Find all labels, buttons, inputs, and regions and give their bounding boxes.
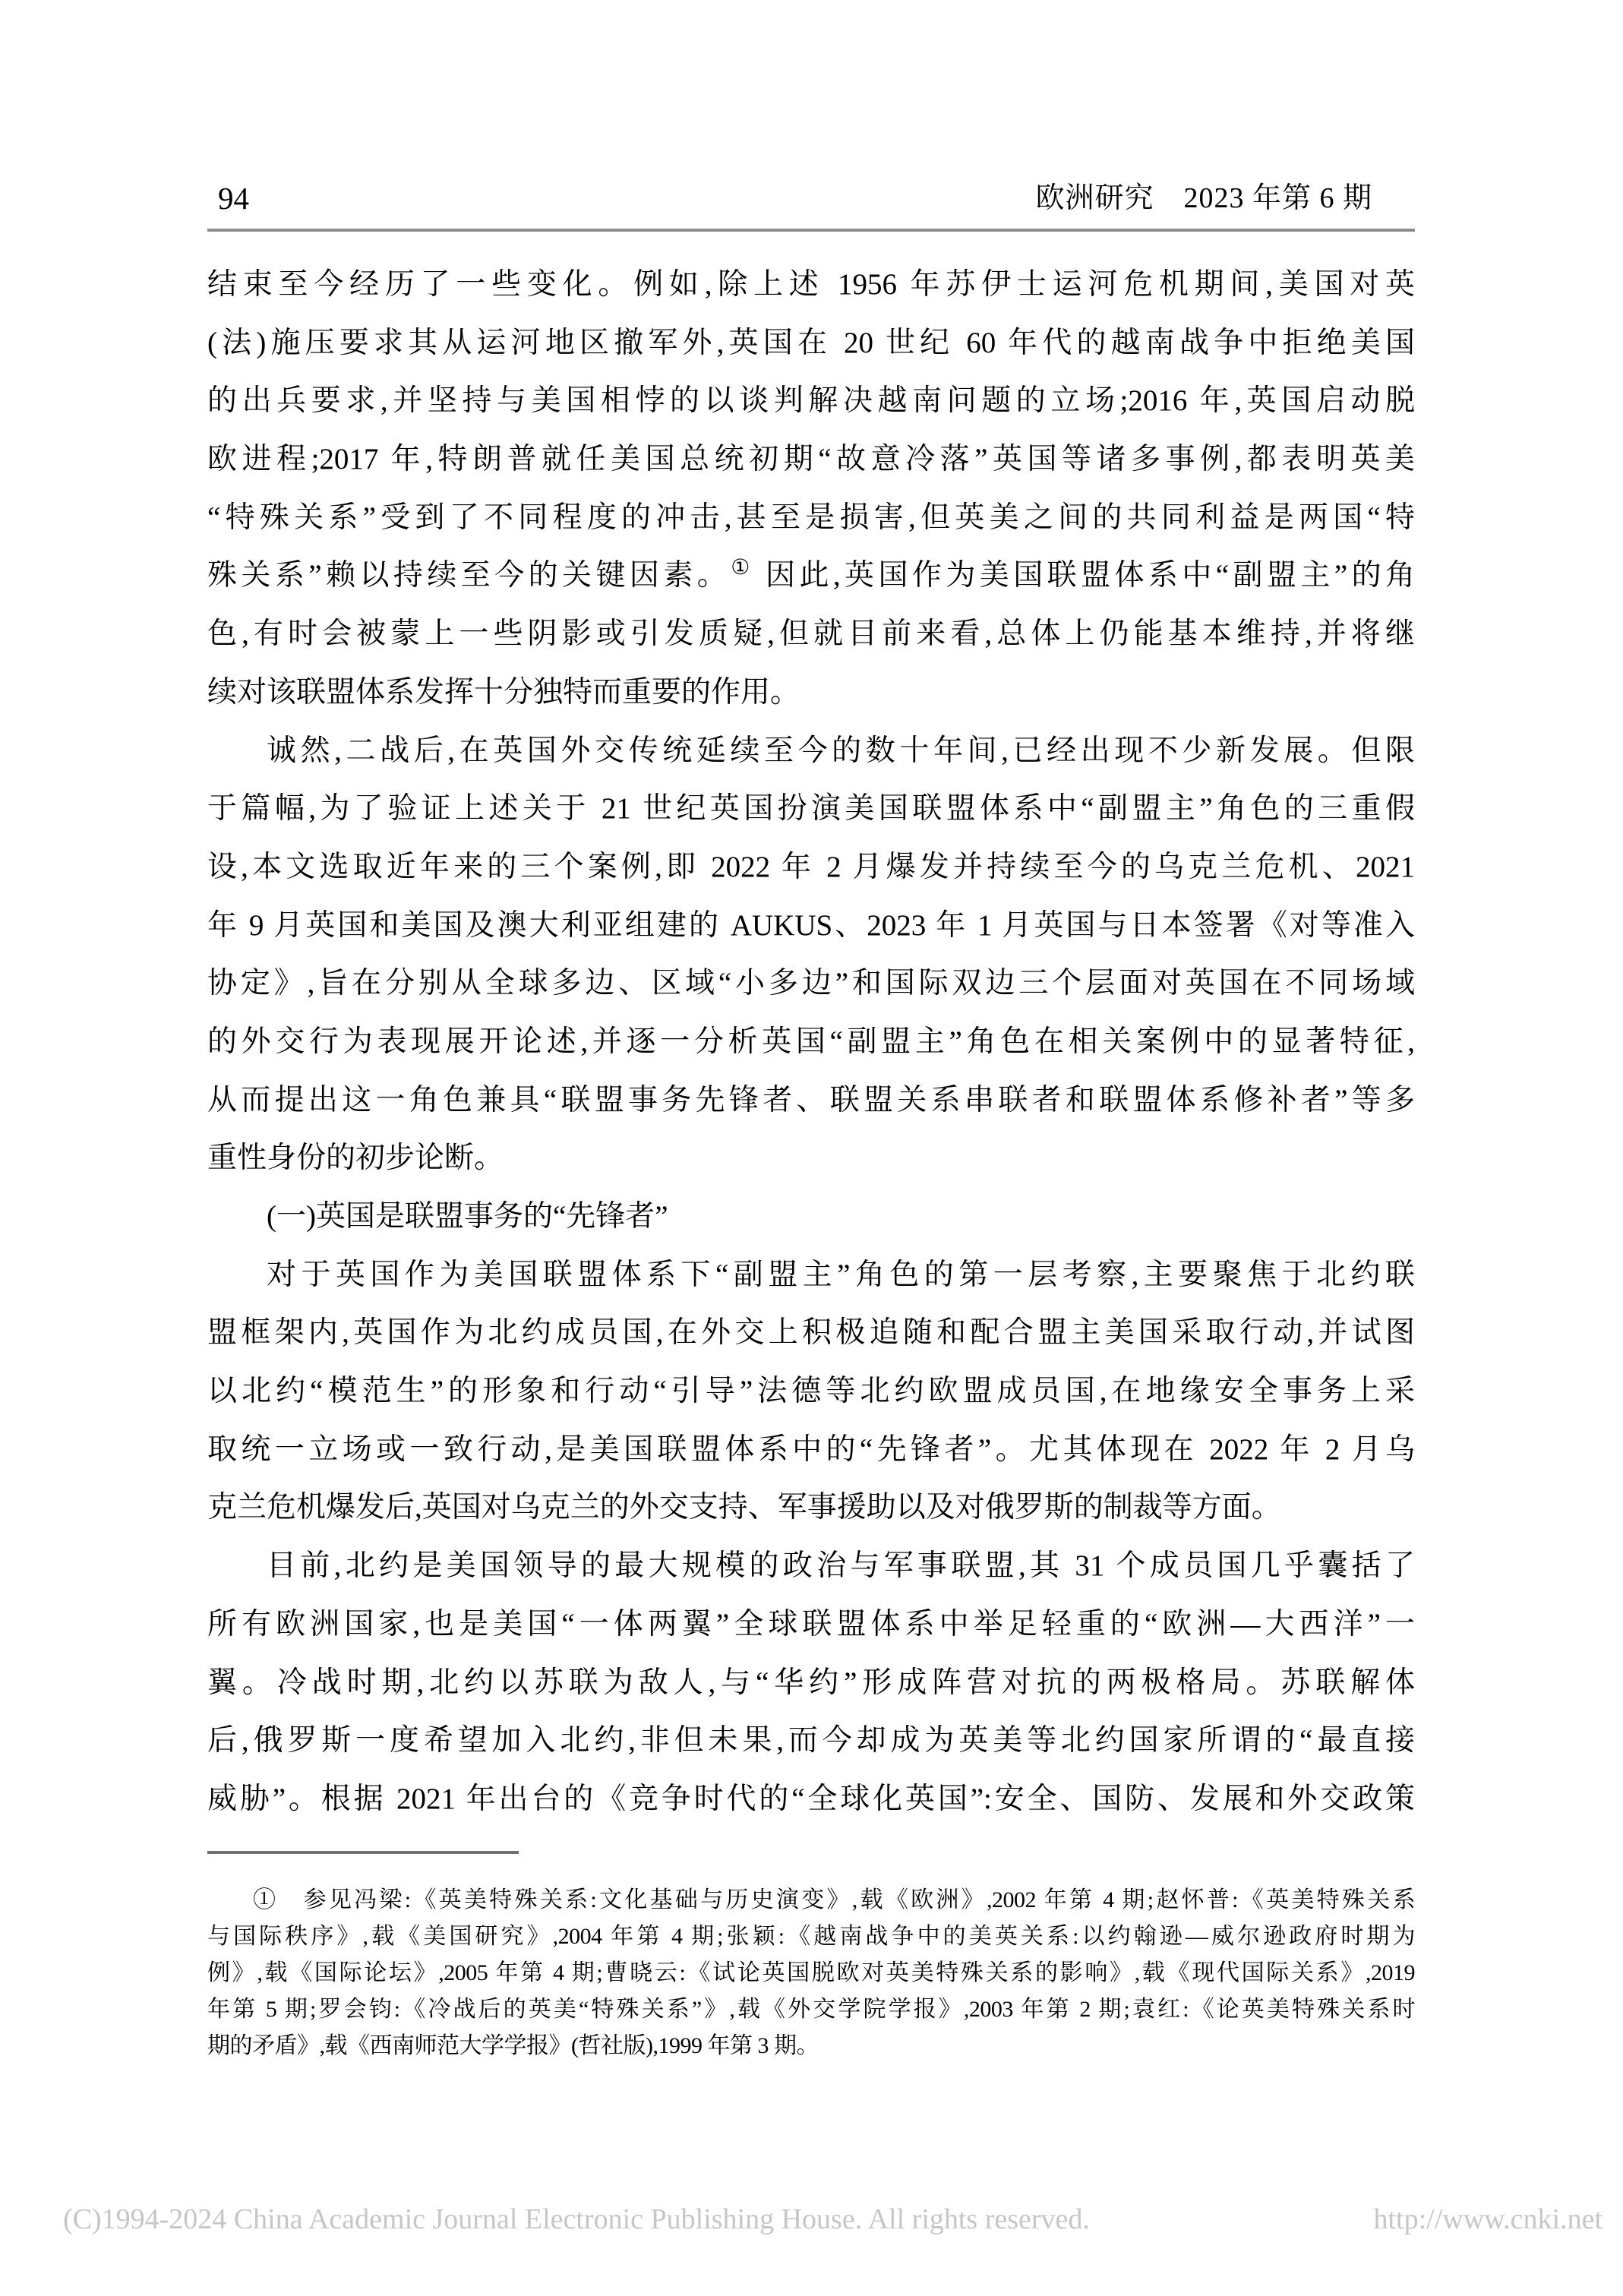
body-line: 于篇幅,为了验证上述关于 21 世纪英国扮演美国联盟体系中“副盟主”角色的三重假 — [207, 780, 1415, 838]
copyright-text: (C)1994-2024 China Academic Journal Elec… — [63, 2202, 1090, 2237]
body-line: 以北约“模范生”的形象和行动“引导”法德等北约欧盟成员国,在地缘安全事务上采 — [207, 1363, 1415, 1421]
body-line: 欧进程;2017 年,特朗普就任美国总统初期“故意冷落”英国等诸多事例,都表明英… — [207, 431, 1415, 489]
body-line: 结束至今经历了一些变化。例如,除上述 1956 年苏伊士运河危机期间,美国对英 — [207, 256, 1415, 314]
cnki-url: http://www.cnki.net — [1374, 2202, 1603, 2237]
footnote-line: 期的矛盾》,载《西南师范大学学报》(哲社版),1999 年第 3 期。 — [207, 2028, 1415, 2064]
body-line: 威胁”。根据 2021 年出台的《竞争时代的“全球化英国”:安全、国防、发展和外… — [207, 1770, 1415, 1829]
journal-page: 94 欧洲研究 2023 年第 6 期 结束至今经历了一些变化。例如,除上述 1… — [0, 0, 1623, 2296]
body-line: 诚然,二战后,在英国外交传统延续至今的数十年间,已经出现不少新发展。但限 — [207, 722, 1415, 781]
journal-issue: 欧洲研究 2023 年第 6 期 — [1035, 179, 1372, 217]
body-line: 设,本文选取近年来的三个案例,即 2022 年 2 月爆发并持续至今的乌克兰危机… — [207, 838, 1415, 897]
footnotes: ① 参见冯梁:《英美特殊关系:文化基础与历史演变》,载《欧洲》,2002 年第 … — [207, 1882, 1415, 2064]
body-line: 取统一立场或一致行动,是美国联盟体系中的“先锋者”。尤其体现在 2022 年 2… — [207, 1421, 1415, 1480]
footnote-line: 年第 5 期;罗会钧:《冷战后的英美“特殊关系”》,载《外交学院学报》,2003… — [207, 1991, 1415, 2028]
body-line: 从而提出这一角色兼具“联盟事务先锋者、联盟关系串联者和联盟体系修补者”等多 — [207, 1072, 1415, 1130]
body-line: “特殊关系”受到了不同程度的冲击,甚至是损害,但英美之间的共同利益是两国“特 — [207, 489, 1415, 548]
body-line: 翼。冷战时期,北约以苏联为敌人,与“华约”形成阵营对抗的两极格局。苏联解体 — [207, 1654, 1415, 1713]
body-line: 协定》,旨在分别从全球多边、区域“小多边”和国际双边三个层面对英国在不同场域 — [207, 955, 1415, 1013]
body-line: 色,有时会被蒙上一些阴影或引发质疑,但就目前来看,总体上仍能基本维持,并将继 — [207, 605, 1415, 664]
footnote-line: ① 参见冯梁:《英美特殊关系:文化基础与历史演变》,载《欧洲》,2002 年第 … — [207, 1882, 1415, 1919]
body-line: 目前,北约是美国领导的最大规模的政治与军事联盟,其 31 个成员国几乎囊括了 — [207, 1537, 1415, 1596]
body-line: 重性身份的初步论断。 — [207, 1129, 1415, 1188]
body-line: 克兰危机爆发后,英国对乌克兰的外交支持、军事援助以及对俄罗斯的制裁等方面。 — [207, 1479, 1415, 1537]
body-line: 所有欧洲国家,也是美国“一体两翼”全球联盟体系中举足轻重的“欧洲—大西洋”一 — [207, 1596, 1415, 1654]
body-line: 的外交行为表现展开论述,并逐一分析英国“副盟主”角色在相关案例中的显著特征, — [207, 1013, 1415, 1072]
body-line: 后,俄罗斯一度希望加入北约,非但未果,而今却成为英美等北约国家所谓的“最直接 — [207, 1712, 1415, 1770]
article-body: 结束至今经历了一些变化。例如,除上述 1956 年苏伊士运河危机期间,美国对英(… — [207, 256, 1415, 1829]
body-line: (一)英国是联盟事务的“先锋者” — [207, 1188, 1415, 1246]
body-line: 续对该联盟体系发挥十分独特而重要的作用。 — [207, 664, 1415, 722]
body-line: 盟框架内,英国作为北约成员国,在外交上积极追随和配合盟主美国采取行动,并试图 — [207, 1304, 1415, 1363]
header-rule — [207, 229, 1415, 232]
footnote-separator — [207, 1851, 519, 1854]
body-line: 殊关系”赖以持续至今的关键因素。① 因此,英国作为美国联盟体系中“副盟主”的角 — [207, 547, 1415, 605]
footnote-line: 与国际秩序》,载《美国研究》,2004 年第 4 期;张颖:《越南战争中的美英关… — [207, 1919, 1415, 1955]
body-line: 对于英国作为美国联盟体系下“副盟主”角色的第一层考察,主要聚焦于北约联 — [207, 1246, 1415, 1305]
body-line: (法)施压要求其从运河地区撤军外,英国在 20 世纪 60 年代的越南战争中拒绝… — [207, 314, 1415, 373]
body-line: 的出兵要求,并坚持与美国相悖的以谈判解决越南问题的立场;2016 年,英国启动脱 — [207, 372, 1415, 431]
page-header: 94 欧洲研究 2023 年第 6 期 — [207, 179, 1415, 217]
footnote-marker: ① — [731, 556, 754, 580]
cnki-watermark: (C)1994-2024 China Academic Journal Elec… — [63, 2202, 1602, 2237]
footnote-line: 例》,载《国际论坛》,2005 年第 4 期;曹晓云:《试论英国脱欧对英美特殊关… — [207, 1955, 1415, 1991]
page-number: 94 — [218, 179, 249, 217]
body-line: 年 9 月英国和美国及澳大利亚组建的 AUKUS、2023 年 1 月英国与日本… — [207, 897, 1415, 955]
